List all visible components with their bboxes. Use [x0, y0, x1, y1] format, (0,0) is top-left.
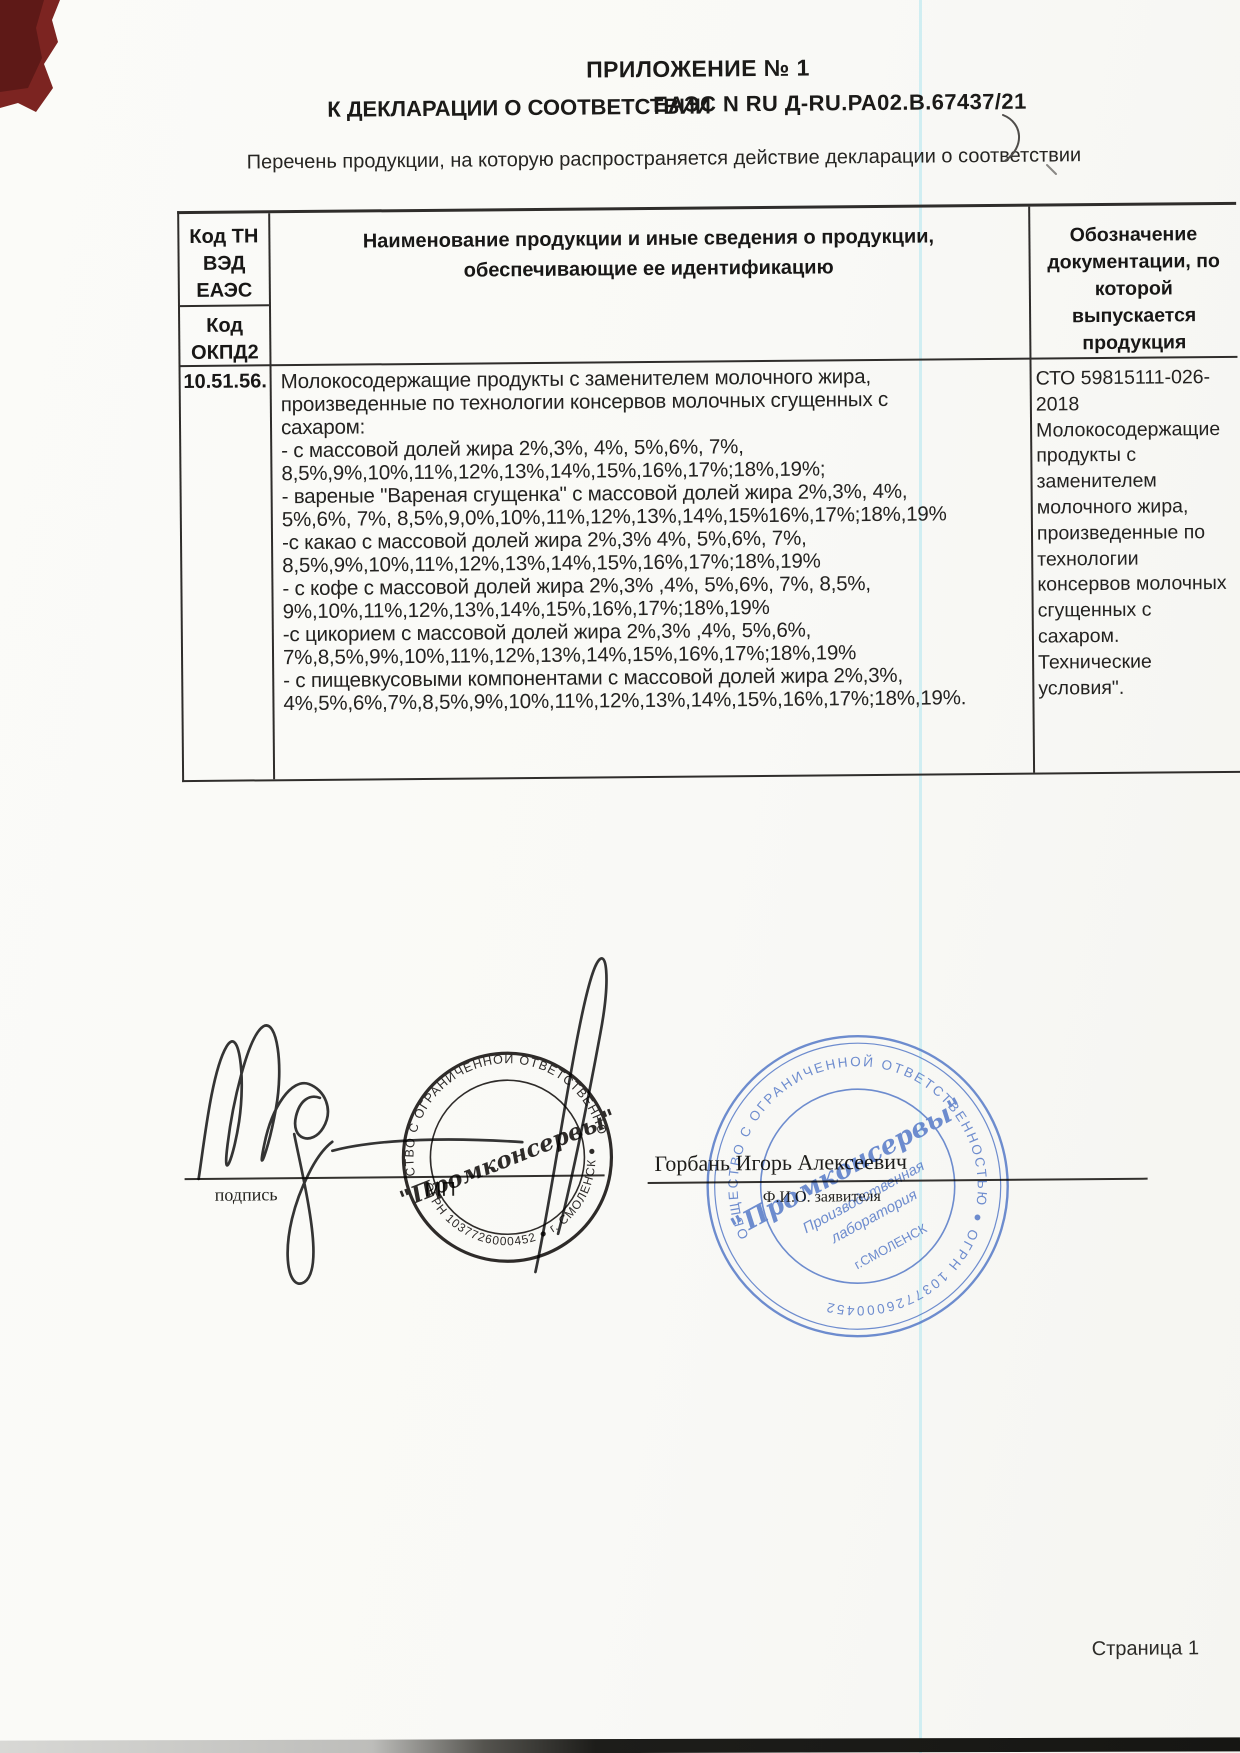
col-header-okpd2-code: КодОКПД2: [180, 312, 269, 367]
blue-stamp-ring-text: ОБЩЕСТВО С ОГРАНИЧЕННОЙ ОТВЕТСТВЕННОСТЬЮ…: [691, 1020, 1024, 1353]
document-content: ПРИЛОЖЕНИЕ № 1 К ДЕКЛАРАЦИИ О СООТВЕТСТВ…: [0, 0, 1240, 1753]
col-header-product-name: Наименование продукции и иные сведения о…: [270, 221, 1026, 288]
col-header-tnved-code: Код ТНВЭДЕАЭС: [179, 223, 269, 305]
table-cell-code: 10.51.56.: [181, 370, 270, 394]
col-header-documentation: Обозначениедокументации, покоторойвыпуск…: [1030, 221, 1237, 358]
page-number: Страница 1: [1092, 1637, 1200, 1661]
company-stamp-blue: ОБЩЕСТВО С ОГРАНИЧЕННОЙ ОТВЕТСТВЕННОСТЬЮ…: [691, 1020, 1024, 1353]
table-cell-product-description: Молокосодержащие продукты с заменителем …: [281, 364, 1032, 716]
declaration-number: ЕАЭС N RU Д-RU.РА02.В.67437/21: [653, 89, 1027, 118]
handwritten-signature: [180, 933, 633, 1317]
scan-edge-shadow: [0, 1737, 1240, 1753]
table-column-divider-1: [268, 213, 275, 779]
product-table: Код ТНВЭДЕАЭС КодОКПД2 Наименование прод…: [177, 202, 1240, 782]
pen-mark-artifact: [985, 103, 1075, 193]
table-cell-documentation: СТО 59815111-026-2018Молокосодержащиепро…: [1036, 365, 1240, 702]
corner-tear-artifact: [0, 0, 70, 120]
scanned-page: ПРИЛОЖЕНИЕ № 1 К ДЕКЛАРАЦИИ О СООТВЕТСТВ…: [0, 0, 1240, 1753]
appendix-title: ПРИЛОЖЕНИЕ № 1: [163, 51, 1233, 87]
product-list-subtitle: Перечень продукции, на которую распростр…: [247, 144, 1082, 174]
